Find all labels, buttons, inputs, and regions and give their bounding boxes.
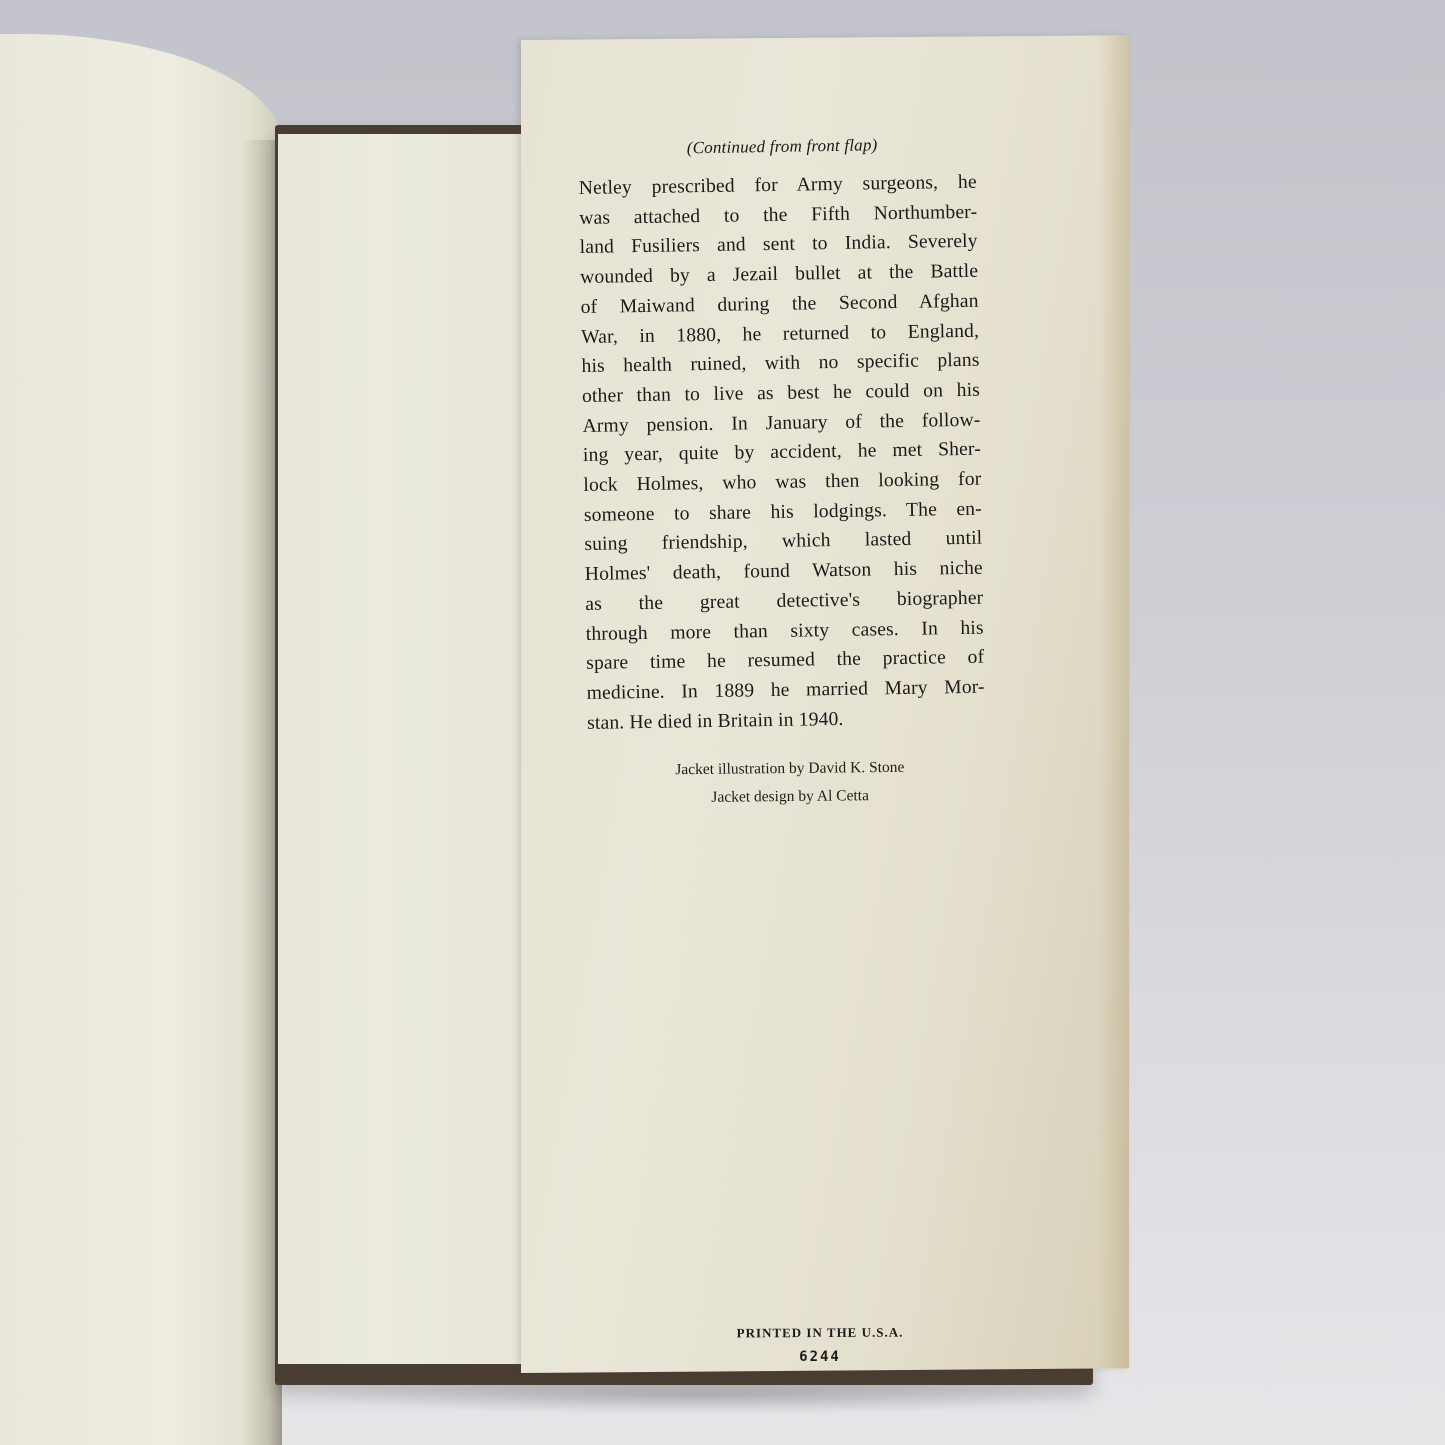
body-line: medicine. In 1889 he married Mary Mor- <box>586 673 984 709</box>
illustration-credit: Jacket illustration by David K. Stone <box>630 753 950 784</box>
jacket-code: 6244 <box>700 1349 940 1365</box>
flap-text-block: (Continued from front flap) Netley presc… <box>578 134 985 739</box>
jacket-credits: Jacket illustration by David K. Stone Ja… <box>630 753 951 812</box>
flap-body-text: Netley prescribed for Army surgeons, he … <box>579 168 986 739</box>
endpaper <box>278 134 538 1364</box>
body-line: stan. He died in Britain in 1940. <box>587 702 985 738</box>
design-credit: Jacket design by Al Cetta <box>630 781 950 812</box>
book-photo: (Continued from front flap) Netley presc… <box>0 0 1445 1445</box>
printed-in-usa: PRINTED IN THE U.S.A. <box>700 1324 940 1341</box>
